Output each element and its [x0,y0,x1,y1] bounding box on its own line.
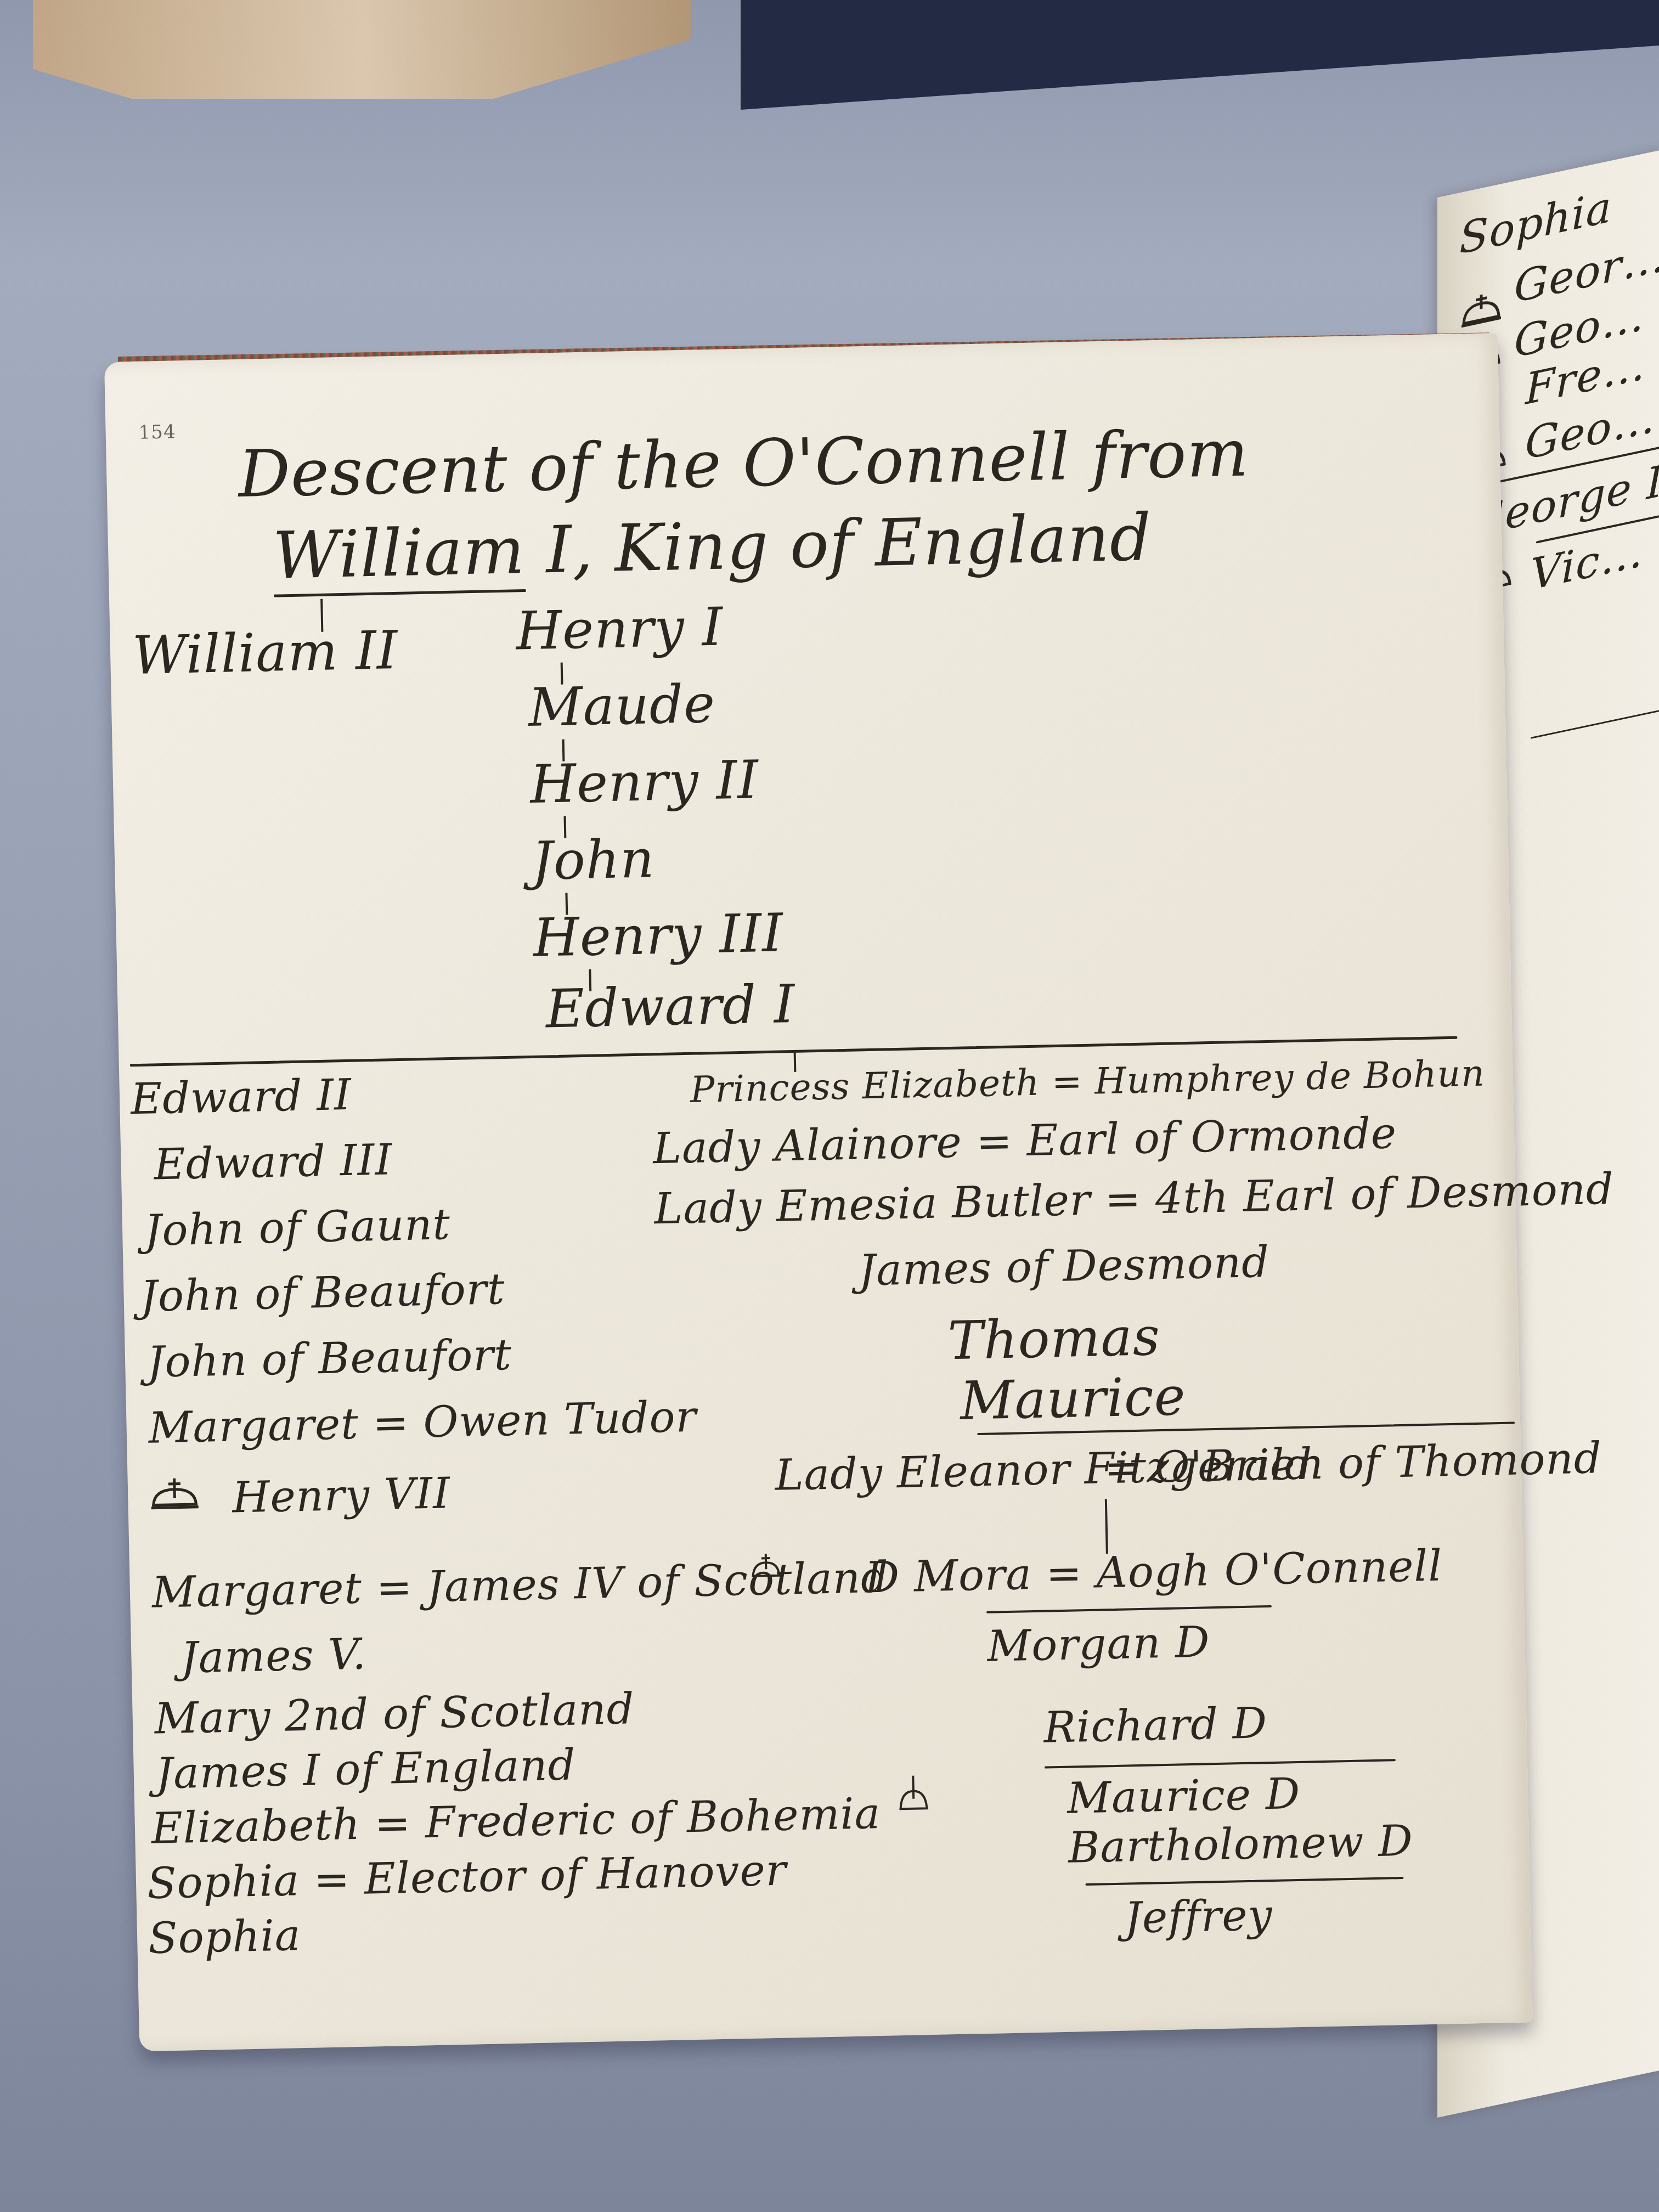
page-title-line-1: Descent of the O'Connell from [238,415,1250,512]
lineage-entry-william-ii: William II [132,619,399,686]
facing-entry: Vic… [1531,527,1644,600]
left-entry: Sophia [148,1911,301,1963]
left-entry: Sophia = Elector of Hanover [146,1846,787,1909]
notebook-page: 154 Descent of the O'Connell from Willia… [104,333,1533,2052]
left-entry: Edward II [130,1070,352,1124]
left-entry: Elizabeth = Frederic of Bohemia [151,1789,881,1854]
right-entry: Morgan D [986,1617,1210,1671]
background-dark-fabric [741,0,1659,110]
crown-icon [749,1553,783,1581]
crown-icon [896,1774,930,1813]
left-entry: John of Beaufort [146,1330,512,1387]
left-entry: Edward III [154,1135,393,1189]
left-entry: John of Beaufort [140,1265,506,1322]
generation-rule [986,1605,1272,1613]
right-entry: Princess Elizabeth = Humphrey de Bohun [690,1052,1485,1111]
right-entry: Maurice [960,1365,1187,1432]
right-entry: Maurice D [1066,1769,1301,1824]
right-entry: Bartholomew D [1068,1816,1414,1873]
left-entry: John of Gaunt [144,1200,451,1256]
left-entry-crowned: Henry VII [232,1469,450,1522]
left-entry: Margaret = Owen Tudor [148,1392,697,1453]
facing-rule [1531,708,1659,739]
lineage-entry: John [531,828,655,892]
right-entry: = O'Brien of Thomond [1104,1434,1602,1493]
lineage-entry: Henry III [533,902,784,969]
page-number: 154 [138,421,176,443]
left-entry: James V. [180,1630,367,1683]
right-entry: James of Desmond [858,1238,1270,1296]
descent-line [1105,1499,1108,1554]
crown-icon [150,1477,200,1511]
lineage-entry: Henry I [515,596,724,662]
lineage-entry: Henry II [529,749,759,815]
background-wood [33,0,691,99]
right-entry: D Mora = Aogh O'Connell [865,1541,1443,1602]
crown-icon [1459,287,1503,330]
lineage-entry: Edward I [545,973,796,1040]
generation-rule [1045,1759,1396,1768]
right-entry: Jeffrey [1124,1891,1273,1943]
page-title-line-2: William I, King of England [272,499,1153,594]
right-entry: Lady Alainore = Earl of Ormonde [652,1109,1397,1173]
right-entry: Thomas [947,1306,1161,1372]
right-entry: Richard D [1043,1699,1268,1753]
left-entry: James I of England [155,1741,576,1799]
lineage-entry: Maude [528,673,716,738]
right-entry: Lady Emesia Butler = 4th Earl of Desmond [654,1165,1615,1234]
generation-rule [1085,1877,1403,1886]
left-entry: Mary 2nd of Scotland [154,1684,635,1743]
